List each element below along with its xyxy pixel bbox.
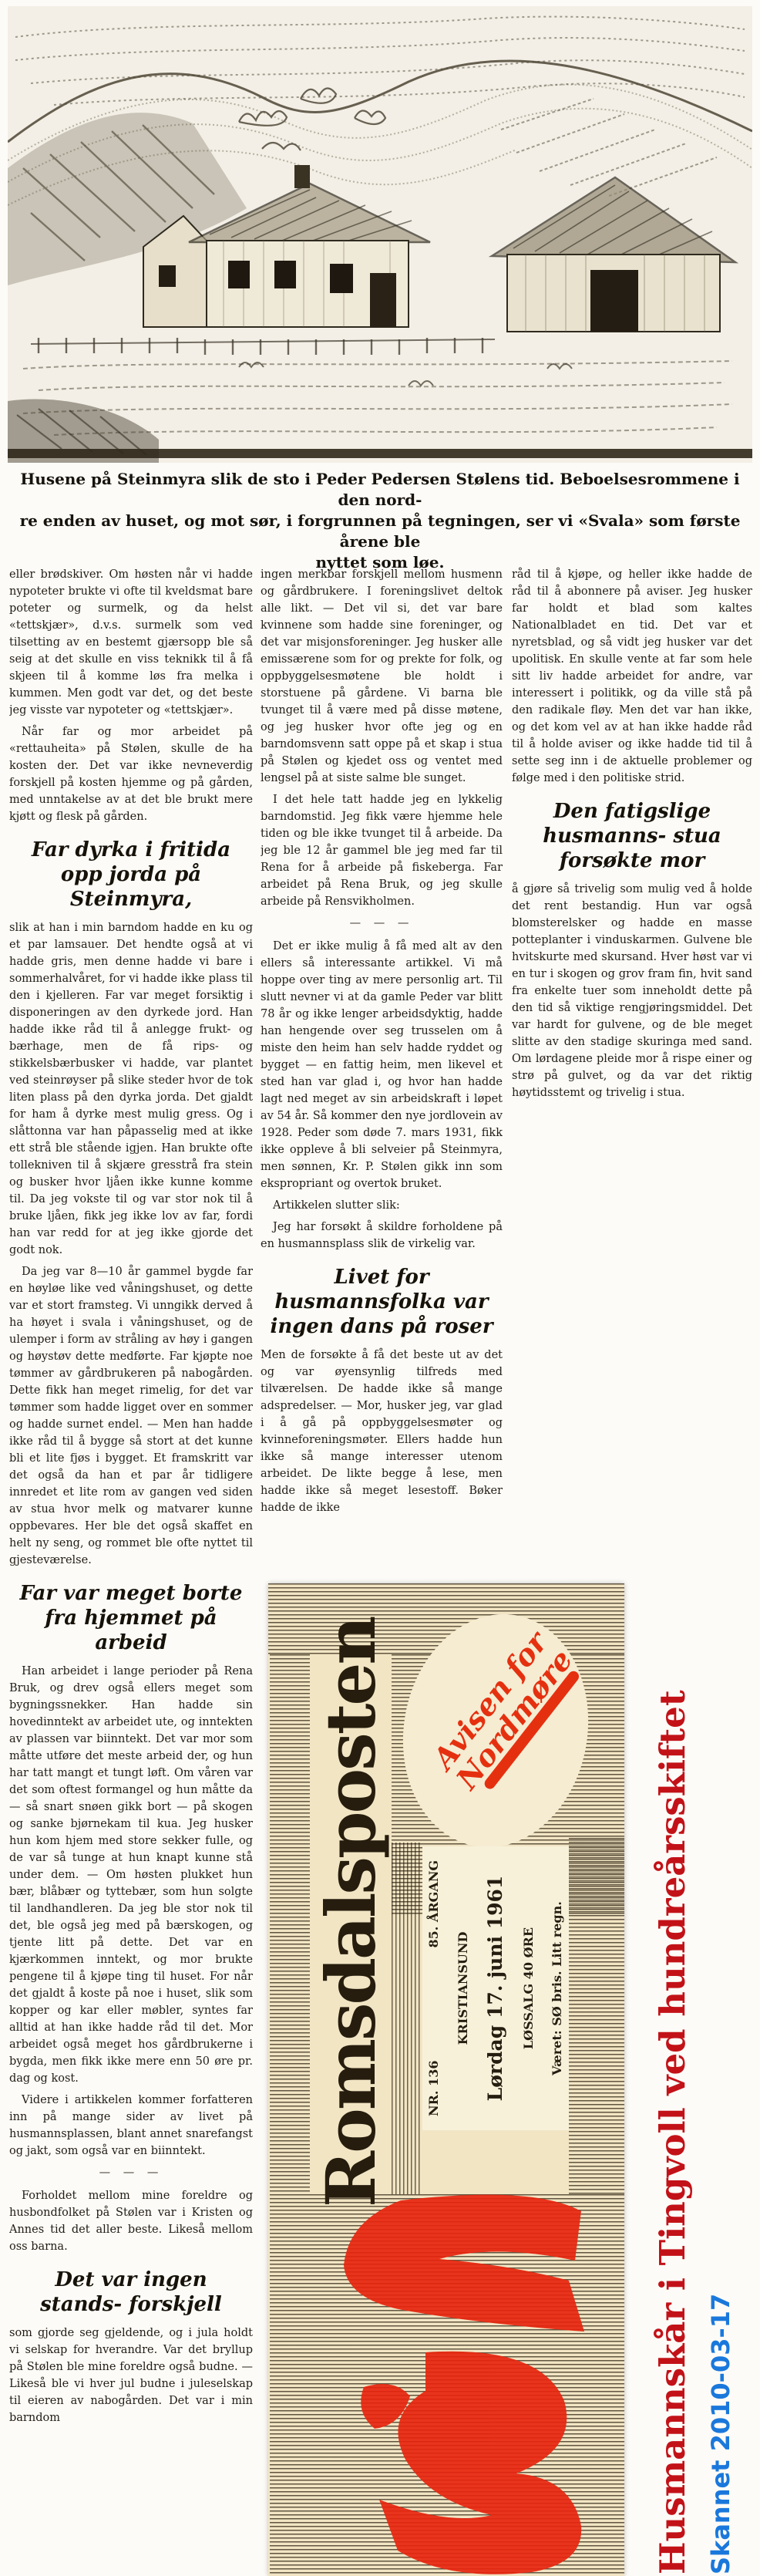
- article-paragraph: Jeg har forsøkt å skildre forholdene på …: [261, 1219, 503, 1253]
- article-paragraph: Da jeg var 8—10 år gammel bygde far en h…: [9, 1263, 253, 1569]
- section-divider: — — —: [9, 2164, 253, 2181]
- illustration-caption: Husene på Steinmyra slik de sto i Peder …: [11, 469, 749, 573]
- scan-date-annotation: Skannet 2010-03-17: [706, 2305, 735, 2574]
- article-paragraph: eller brødskiver. Om høsten når vi hadde…: [9, 566, 253, 719]
- article-paragraph: I det hele tatt hadde jeg en lykkelig ba…: [261, 791, 503, 910]
- article-paragraph: råd til å kjøpe, og heller ikke hadde de…: [512, 566, 752, 787]
- masthead-date-panel: NR. 136 85. ÅRGANG KRISTIANSUND Lørdag 1…: [422, 1846, 569, 2130]
- date-line: Lørdag 17. juni 1961: [485, 1849, 506, 2127]
- farm-sketch-illustration: [8, 6, 752, 463]
- issue-number: NR. 136: [427, 2061, 441, 2116]
- issue-volume-line: NR. 136 85. ÅRGANG: [427, 1849, 441, 2127]
- caption-line: re enden av huset, og mot sør, i forgrun…: [11, 511, 749, 552]
- article-paragraph: slik at han i min barndom hadde en ku og…: [9, 919, 253, 1259]
- article-headline: Far var meget borte fra hjemmet på arbei…: [12, 1581, 250, 1655]
- stripe-band-vertical: [392, 1843, 422, 2194]
- archivist-title-annotation: Husmannskår i Tingvoll ved hundreårsskif…: [652, 1701, 693, 2574]
- article-paragraph: Artikkelen slutter slik:: [261, 1197, 503, 1214]
- newspaper-scan-page: Husene på Steinmyra slik de sto i Peder …: [0, 0, 760, 2576]
- article-headline: Far dyrka i fritida opp jorda på Steinmy…: [12, 838, 250, 912]
- volume-number: 85. ÅRGANG: [427, 1860, 441, 1947]
- article-paragraph: ingen merkbar forskjell mellom husmenn o…: [261, 566, 503, 787]
- city-line: KRISTIANSUND: [456, 1849, 470, 2127]
- article-paragraph: Forholdet mellom mine foreldre og husbon…: [9, 2187, 253, 2255]
- stripe-band-left: [270, 1654, 310, 2576]
- article-paragraph: Men de forsøkte å få det beste ut av det…: [261, 1347, 503, 1516]
- article-paragraph: Han arbeidet i lange perioder på Rena Br…: [9, 1663, 253, 2087]
- article-headline: Livet for husmannsfolka var ingen dans p…: [264, 1265, 499, 1339]
- article-headline: Den fatigslige husmanns- stua forsøkte m…: [515, 799, 749, 873]
- stripe-band-right: [569, 1838, 624, 2197]
- article-paragraph: Det er ikke mulig å få med alt av den el…: [261, 938, 503, 1192]
- section-divider: — — —: [261, 915, 503, 932]
- price-line: LØSSALG 40 ØRE: [522, 1849, 536, 2127]
- article-paragraph: som gjorde seg gjeldende, og i jula hold…: [9, 2325, 253, 2426]
- red-blackletter-fragment: [310, 2194, 624, 2576]
- article-paragraph: Når far og mor arbeidet på «rettauheita»…: [9, 723, 253, 825]
- article-paragraph: Videre i artikkelen kommer forfatteren i…: [9, 2092, 253, 2160]
- article-headline: Det var ingen stands- forskjell: [12, 2267, 250, 2317]
- caption-line: Husene på Steinmyra slik de sto i Peder …: [11, 469, 749, 511]
- article-paragraph: å gjøre så trivelig som mulig ved å hold…: [512, 881, 752, 1101]
- newspaper-nameplate: Romsdalsposten: [308, 1655, 395, 2207]
- article-column-3: råd til å kjøpe, og heller ikke hadde de…: [512, 566, 752, 1677]
- weather-line: Været: SØ bris. Litt regn.: [550, 1849, 564, 2127]
- article-column-2: ingen merkbar forskjell mellom husmenn o…: [261, 566, 503, 1583]
- article-column-1: eller brødskiver. Om høsten når vi hadde…: [9, 566, 253, 2571]
